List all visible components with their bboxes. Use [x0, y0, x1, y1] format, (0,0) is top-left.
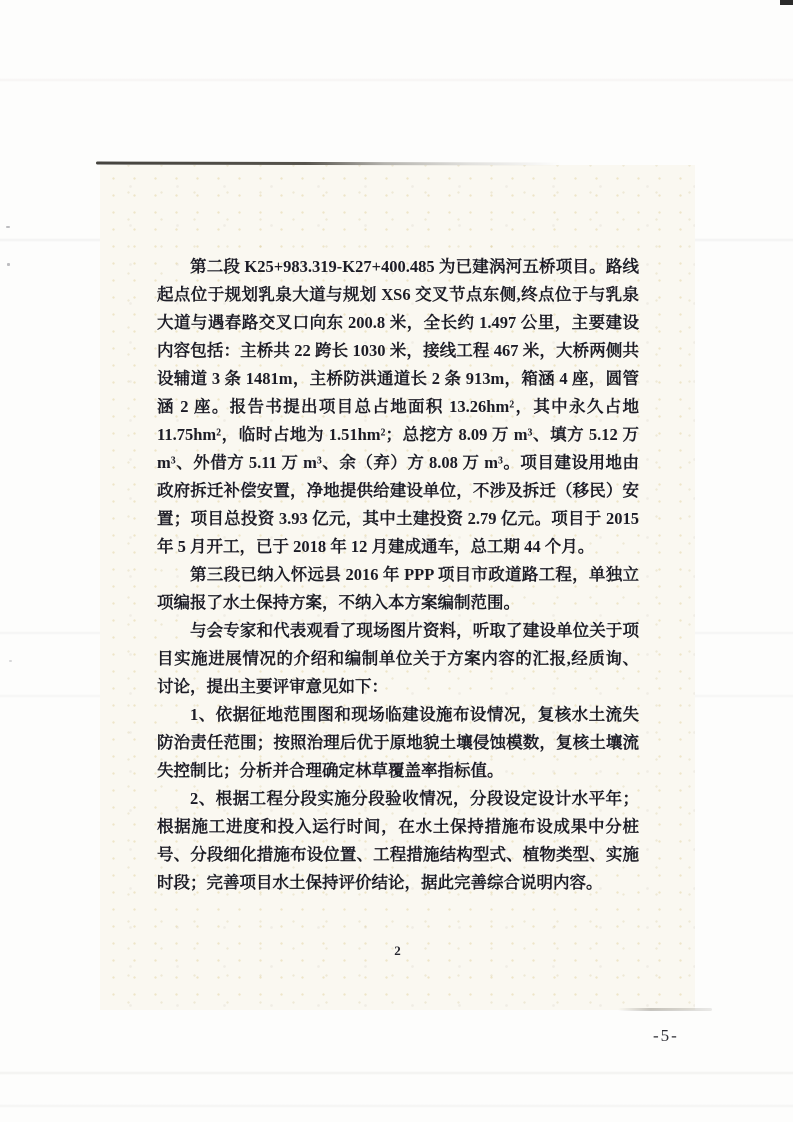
scan-edge-line — [96, 162, 561, 166]
scan-speck — [9, 660, 12, 662]
paper-sheet: 第二段 K25+983.319-K27+400.485 为已建涡河五桥项目。路线… — [100, 165, 695, 1010]
sheet-number: -5- — [653, 1026, 679, 1046]
paragraph-review-intro: 与会专家和代表观看了现场图片资料，听取了建设单位关于项目实施进展情况的介绍和编制… — [157, 617, 639, 701]
paragraph-segment-3: 第三段已纳入怀远县 2016 年 PPP 项目市政道路工程，单独立项编报了水土保… — [157, 561, 639, 617]
scan-streak — [0, 1104, 793, 1108]
page-number: 2 — [100, 943, 695, 959]
scan-streak — [0, 1071, 793, 1075]
paragraph-segment-2: 第二段 K25+983.319-K27+400.485 为已建涡河五桥项目。路线… — [157, 253, 639, 561]
scan-smudge — [618, 1008, 712, 1011]
scan-speck — [7, 263, 10, 266]
paragraph-opinion-1: 1、依据征地范围图和现场临建设施布设情况，复核水土流失防治责任范围；按照治理后优… — [157, 701, 639, 785]
document-body: 第二段 K25+983.319-K27+400.485 为已建涡河五桥项目。路线… — [157, 253, 639, 897]
scan-speck — [6, 226, 10, 228]
scan-corner-mark — [780, 0, 793, 5]
scan-streak — [0, 78, 793, 82]
paragraph-opinion-2: 2、根据工程分段实施分段验收情况，分段设定设计水平年；根据施工进度和投入运行时间… — [157, 785, 639, 897]
